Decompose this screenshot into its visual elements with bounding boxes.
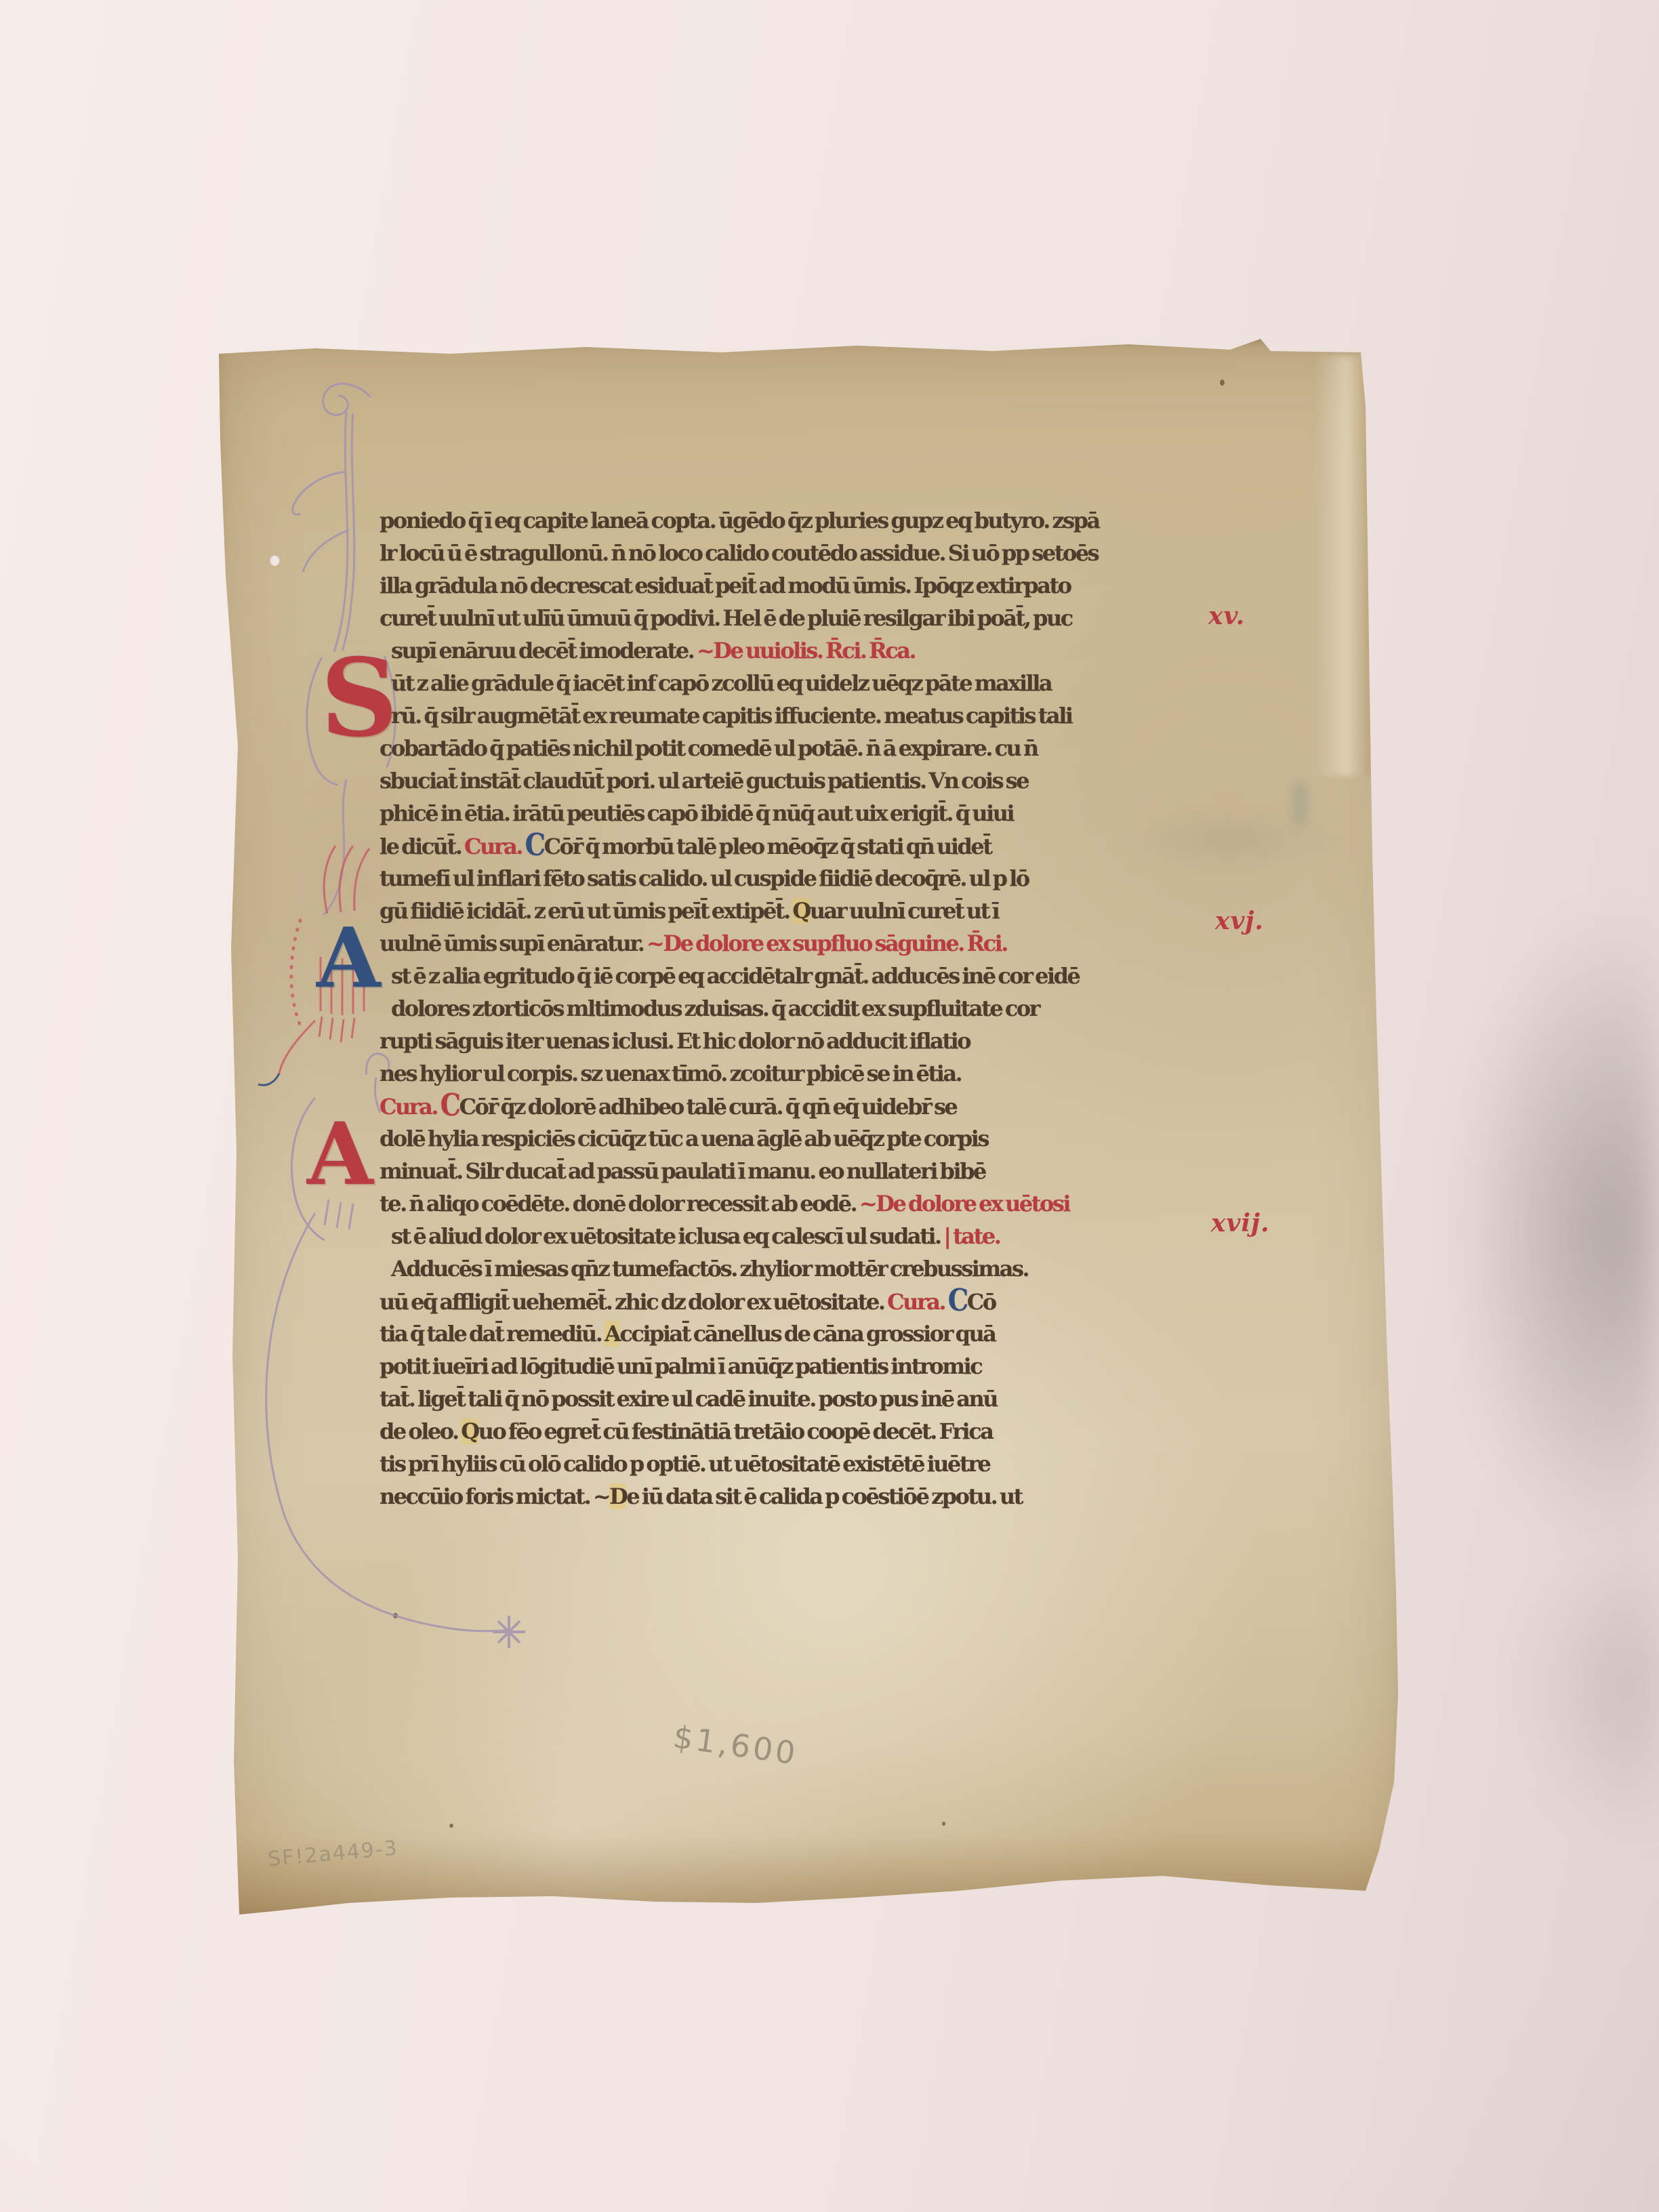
- text-line: neccūio foris mictat. ~De iū data sit ē …: [380, 1480, 1179, 1513]
- text-segment: Adducēs ī miesas qn̄z tumefactōs. zhylio…: [391, 1256, 1028, 1282]
- text-segment: minuat̄. Silr ducat̄ ad passū paulati ī …: [380, 1158, 985, 1184]
- pencil-price-annotation: $1,600: [671, 1718, 800, 1771]
- text-segment: Cōr̄ q̄z dolorē adhibeo talē curā. q̄ qn…: [459, 1094, 957, 1120]
- text-segment: tumefī ul inflari fēto satis calido. ul …: [380, 865, 1029, 891]
- text-line: cobartādo q̄ patiēs nichil potit comedē …: [380, 732, 1179, 764]
- text-segment: poniedo q̄ ī eq capite laneā copta. ūgēd…: [380, 508, 1099, 533]
- text-segment: cobartādo q̄ patiēs nichil potit comedē …: [380, 735, 1038, 761]
- text-segment: sbuciat̄ instāt̄ claudūt̄ pori. ul artei…: [380, 768, 1028, 794]
- text-line: dolē hylia respiciēs cicūq̄z tūc a uena …: [380, 1122, 1179, 1155]
- text-segment: A: [605, 1321, 619, 1347]
- text-segment: Cura.: [380, 1094, 441, 1120]
- text-segment: gū fiidiē icidāt̄. z erū ut ūmis peīt̄ e…: [380, 898, 792, 924]
- text-line: gū fiidiē icidāt̄. z erū ut ūmis peīt̄ e…: [380, 895, 1179, 927]
- text-line: curet̄ uulnī ut ulīū ūmuū q̄ podivi. Hel…: [380, 602, 1179, 634]
- text-segment: Cō: [967, 1289, 996, 1315]
- text-line: tis prī hyliis cū olō calido p optiē. ut…: [380, 1448, 1179, 1480]
- text-line: nes hylior ul corpis. sz uenax tīmō. zco…: [380, 1057, 1179, 1090]
- ink-speck: [1220, 380, 1225, 386]
- text-segment: uo fēo egret̄ cū festinātiā tretāio coop…: [478, 1418, 993, 1444]
- text-segment: C: [525, 827, 544, 865]
- text-segment: uar uulnī curet̄ ut ī: [810, 898, 998, 924]
- text-line: ūt z alie grādule q̄ iacēt inf capō zcol…: [380, 667, 1179, 699]
- ink-speck: [393, 1613, 398, 1618]
- text-line: uulnē ūmis supī enāratur. ~De dolore ex …: [380, 927, 1179, 960]
- text-segment: de oleo.: [380, 1418, 461, 1444]
- leaf-corner-curl: [1315, 356, 1372, 776]
- text-line: lr locū ū ē stragullonū. n̄ nō loco cali…: [380, 537, 1179, 569]
- text-line: Cura. C Cōr̄ q̄z dolorē adhibeo talē cur…: [380, 1090, 1179, 1122]
- text-segment: dolē hylia respiciēs cicūq̄z tūc a uena …: [380, 1126, 988, 1151]
- text-line: tat̄. liget̄ tali q̄ nō possit exire ul …: [380, 1382, 1179, 1415]
- text-block: poniedo q̄ ī eq capite laneā copta. ūgēd…: [380, 504, 1179, 1513]
- text-line: rupti sāguis iter uenas iclusi. Et hic d…: [380, 1025, 1179, 1057]
- text-segment: ccipiat̄ cānellus de cāna grossior quā: [619, 1321, 995, 1347]
- text-segment: potit iueīri ad lōgitudiē unī palmi ī an…: [380, 1353, 981, 1379]
- text-segment: ūt z alie grādule q̄ iacēt inf capō zcol…: [391, 670, 1051, 696]
- penwork-blue-group: [258, 1073, 279, 1085]
- text-segment: e iū data sit ē calida p coēstiōē zpotu.…: [626, 1483, 1021, 1509]
- text-segment: C: [948, 1282, 967, 1321]
- text-line: le dicūt̄. Cura. C Cōr̄ q̄ morbū talē pl…: [380, 829, 1179, 862]
- chapter-number-xvj: xvj.: [1215, 907, 1264, 935]
- text-segment: st ē z alia egritudo q̄ iē corpē eq acci…: [391, 963, 1079, 989]
- text-line: phicē in ētia. irātū peutiēs capō ibidē …: [380, 797, 1179, 829]
- photo-shadow-lower: [1457, 1545, 1659, 1898]
- ink-speck: [449, 1824, 453, 1828]
- text-segment: ~De uuiolis. R̄ci. R̄ca.: [697, 638, 915, 663]
- illuminated-initial-a-blue: A: [316, 916, 381, 999]
- text-line: sbuciat̄ instāt̄ claudūt̄ pori. ul artei…: [380, 764, 1179, 797]
- chapter-number-xv: xv.: [1208, 602, 1245, 630]
- text-line: tia q̄ tale dat̄ remediū. Accipiat̄ cāne…: [380, 1317, 1179, 1350]
- manuscript-leaf: S A A poniedo q̄ ī eq capite laneā copta…: [213, 339, 1406, 1918]
- text-segment: ~De dolore ex supfluo sāguine. R̄ci.: [647, 930, 1007, 956]
- text-segment: rupti sāguis iter uenas iclusi. Et hic d…: [380, 1028, 970, 1054]
- text-segment: ~De dolore ex uētosi: [859, 1191, 1069, 1216]
- text-segment: le dicūt̄.: [380, 834, 464, 859]
- text-line: poniedo q̄ ī eq capite laneā copta. ūgēd…: [380, 504, 1179, 537]
- text-segment: te. n̄ aliqo coēdēte. donē dolor recessi…: [380, 1191, 859, 1216]
- text-segment: tia q̄ tale dat̄ remediū.: [380, 1321, 605, 1347]
- text-segment: D: [609, 1483, 626, 1509]
- text-segment: C: [441, 1087, 459, 1126]
- text-segment: Cura.: [464, 834, 525, 859]
- text-segment: Cōr̄ q̄ morbū talē pleo mēoq̄z q̄ stati …: [544, 834, 991, 859]
- text-segment: tis prī hyliis cū olō calido p optiē. ut…: [380, 1451, 989, 1477]
- text-line: st ē z alia egritudo q̄ iē corpē eq acci…: [380, 960, 1179, 992]
- text-segment: st ē aliud dolor ex uētositate iclusa eq…: [391, 1223, 943, 1249]
- text-segment: neccūio foris mictat. ~: [380, 1483, 609, 1509]
- text-segment: dolores ztorticōs mltimodus zduisas. q̄ …: [391, 996, 1039, 1021]
- text-line: tumefī ul inflari fēto satis calido. ul …: [380, 862, 1179, 895]
- illuminated-initial-a-red: A: [307, 1111, 373, 1197]
- text-line: potit iueīri ad lōgitudiē unī palmi ī an…: [380, 1350, 1179, 1382]
- text-segment: uulnē ūmis supī enāratur.: [380, 930, 647, 956]
- text-segment: tat̄. liget̄ tali q̄ nō possit exire ul …: [380, 1386, 997, 1412]
- text-line: uū eq̄ affligit̄ uehemēt̄. zhic dz dolor…: [380, 1285, 1179, 1317]
- ink-speck: [942, 1822, 945, 1826]
- text-segment: nes hylior ul corpis. sz uenax tīmō. zco…: [380, 1061, 961, 1086]
- text-line: rū. q̄ silr augmētāt̄ ex reumate capitis…: [380, 699, 1179, 732]
- text-segment: supī enāruu decēt̄ imoderate.: [391, 638, 697, 663]
- text-segment: Cura.: [887, 1289, 948, 1315]
- text-segment: Q: [461, 1418, 478, 1444]
- chapter-number-xvij: xvij.: [1211, 1209, 1270, 1237]
- text-line: minuat̄. Silr ducat̄ ad passū paulati ī …: [380, 1155, 1179, 1187]
- text-segment: illa grādula nō decrescat esiduat̄ peit̄…: [380, 573, 1071, 598]
- text-line: Adducēs ī miesas qn̄z tumefactōs. zhylio…: [380, 1252, 1179, 1285]
- text-segment: Q: [792, 898, 809, 924]
- text-line: te. n̄ aliqo coēdēte. donē dolor recessi…: [380, 1187, 1179, 1220]
- text-line: st ē aliud dolor ex uētositate iclusa eq…: [380, 1220, 1179, 1252]
- text-segment: phicē in ētia. irātū peutiēs capō ibidē …: [380, 800, 1013, 826]
- text-line: illa grādula nō decrescat esiduat̄ peit̄…: [380, 569, 1179, 602]
- text-segment: rū. q̄ silr augmētāt̄ ex reumate capitis…: [391, 703, 1072, 729]
- leaf-edge-smudge: [1291, 779, 1309, 827]
- text-segment: uū eq̄ affligit̄ uehemēt̄. zhic dz dolor…: [380, 1289, 887, 1315]
- leaf-wormhole: [270, 554, 280, 566]
- text-line: dolores ztorticōs mltimodus zduisas. q̄ …: [380, 992, 1179, 1025]
- text-line: de oleo. Quo fēo egret̄ cū festinātiā tr…: [380, 1415, 1179, 1448]
- text-segment: | tate.: [943, 1223, 1000, 1249]
- text-segment: lr locū ū ē stragullonū. n̄ nō loco cali…: [380, 540, 1098, 566]
- penwork-star: [493, 1616, 525, 1648]
- text-segment: curet̄ uulnī ut ulīū ūmuū q̄ podivi. Hel…: [380, 605, 1072, 631]
- manuscript-photo: S A A poniedo q̄ ī eq capite laneā copta…: [0, 0, 1659, 2212]
- text-line: supī enāruu decēt̄ imoderate. ~De uuioli…: [380, 634, 1179, 667]
